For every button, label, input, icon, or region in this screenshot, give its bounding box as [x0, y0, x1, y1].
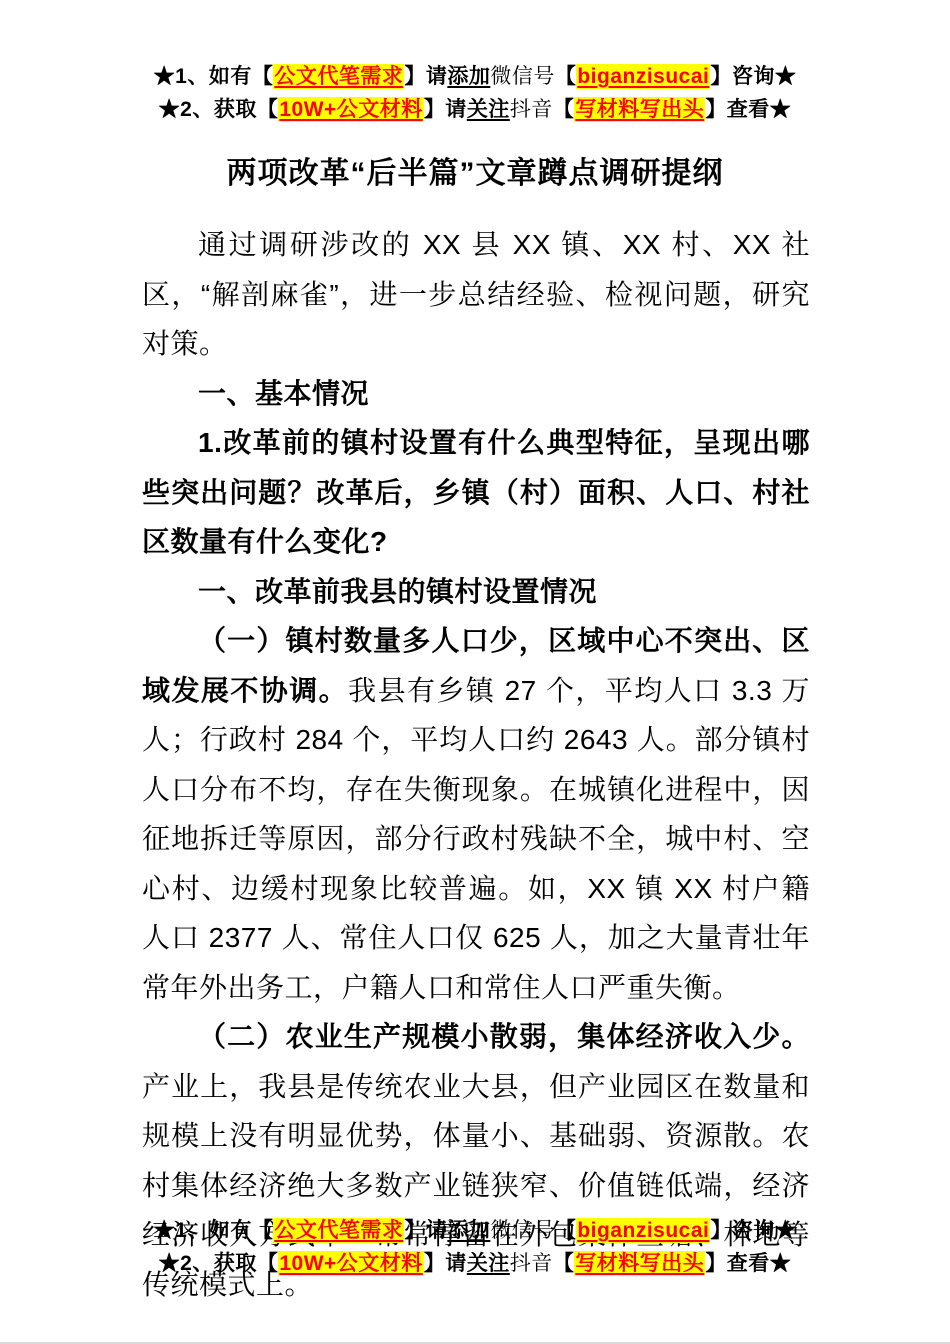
promo-segment: biganzisucai — [576, 64, 710, 89]
paragraph-section-1-heading: 一、基本情况 — [142, 369, 810, 419]
promo-segment: biganzisucai — [576, 1218, 710, 1243]
promo-segment: 】请 — [404, 65, 447, 88]
promo-segment: 【 — [555, 65, 577, 88]
promo-segment: 【 — [555, 1219, 577, 1242]
promo-segment: 写材料写出头 — [574, 97, 705, 122]
promo-segment: 】查看★ — [705, 1252, 791, 1275]
promo-segment: 10W+公文材料 — [278, 97, 423, 122]
promo-segment: 【 — [553, 98, 575, 121]
promo-segment: 公文代笔需求 — [273, 1218, 404, 1243]
paragraph-intro: 通过调研涉改的 XX 县 XX 镇、XX 村、XX 社区，“解剖麻雀”，进一步总… — [142, 220, 810, 369]
paragraph-question-1: 1.改革前的镇村设置有什么典型特征，呈现出哪些突出问题？改革后，乡镇（村）面积、… — [142, 418, 810, 567]
document-page: ★1、如有【公文代笔需求】请添加微信号【biganzisucai】咨询★★2、获… — [0, 0, 950, 1344]
promo-segment: 】咨询★ — [710, 65, 796, 88]
promo-segment: 微信号 — [490, 1219, 555, 1242]
promo-line-2: ★2、获取【10W+公文材料】请关注抖音【写材料写出头】查看★ — [0, 1247, 950, 1280]
bold-run: （二）农业生产规模小散弱，集体经济收入少。 — [198, 1021, 810, 1052]
promo-segment: 】请 — [404, 1219, 447, 1242]
promo-segment: 】咨询★ — [710, 1219, 796, 1242]
promo-segment: 【 — [553, 1252, 575, 1275]
promo-segment: 10W+公文材料 — [278, 1251, 423, 1276]
paragraph-point-1: （一）镇村数量多人口少，区域中心不突出、区域发展不协调。我县有乡镇 27 个，平… — [142, 616, 810, 1012]
promo-line-1: ★1、如有【公文代笔需求】请添加微信号【biganzisucai】咨询★ — [0, 60, 950, 93]
promo-segment: 公文代笔需求 — [273, 64, 404, 89]
promo-segment: ★1、如有【 — [154, 1219, 274, 1242]
footer-promo: ★1、如有【公文代笔需求】请添加微信号【biganzisucai】咨询★★2、获… — [0, 1214, 950, 1280]
promo-line-2: ★2、获取【10W+公文材料】请关注抖音【写材料写出头】查看★ — [0, 93, 950, 126]
promo-line-1: ★1、如有【公文代笔需求】请添加微信号【biganzisucai】咨询★ — [0, 1214, 950, 1247]
promo-segment: 添加 — [447, 1219, 490, 1242]
promo-segment: 】查看★ — [705, 98, 791, 121]
page-title: 两项改革“后半篇”文章蹲点调研提纲 — [0, 148, 950, 192]
header-promo: ★1、如有【公文代笔需求】请添加微信号【biganzisucai】咨询★★2、获… — [0, 60, 950, 126]
text-run: 通过调研涉改的 XX 县 XX 镇、XX 村、XX 社区，“解剖麻雀”，进一步总… — [142, 229, 810, 359]
promo-segment: ★2、获取【 — [159, 98, 279, 121]
document-body: 通过调研涉改的 XX 县 XX 镇、XX 村、XX 社区，“解剖麻雀”，进一步总… — [142, 220, 810, 1309]
paragraph-subsection-1-heading: 一、改革前我县的镇村设置情况 — [142, 567, 810, 617]
promo-segment: 】请 — [424, 98, 467, 121]
bold-run: 1.改革前的镇村设置有什么典型特征，呈现出哪些突出问题？改革后，乡镇（村）面积、… — [142, 427, 810, 557]
bold-run: 一、基本情况 — [198, 378, 369, 409]
promo-segment: 抖音 — [510, 1252, 553, 1275]
promo-segment: 】请 — [424, 1252, 467, 1275]
promo-segment: 写材料写出头 — [574, 1251, 705, 1276]
promo-segment: ★1、如有【 — [154, 65, 274, 88]
promo-segment: 关注 — [467, 1252, 510, 1275]
promo-segment: 抖音 — [510, 98, 553, 121]
promo-segment: 添加 — [447, 65, 490, 88]
text-run: 我县有乡镇 27 个，平均人口 3.3 万人；行政村 284 个，平均人口约 2… — [142, 675, 810, 1003]
bold-run: 一、改革前我县的镇村设置情况 — [198, 576, 597, 607]
promo-segment: ★2、获取【 — [159, 1252, 279, 1275]
promo-segment: 微信号 — [490, 65, 555, 88]
promo-segment: 关注 — [467, 98, 510, 121]
